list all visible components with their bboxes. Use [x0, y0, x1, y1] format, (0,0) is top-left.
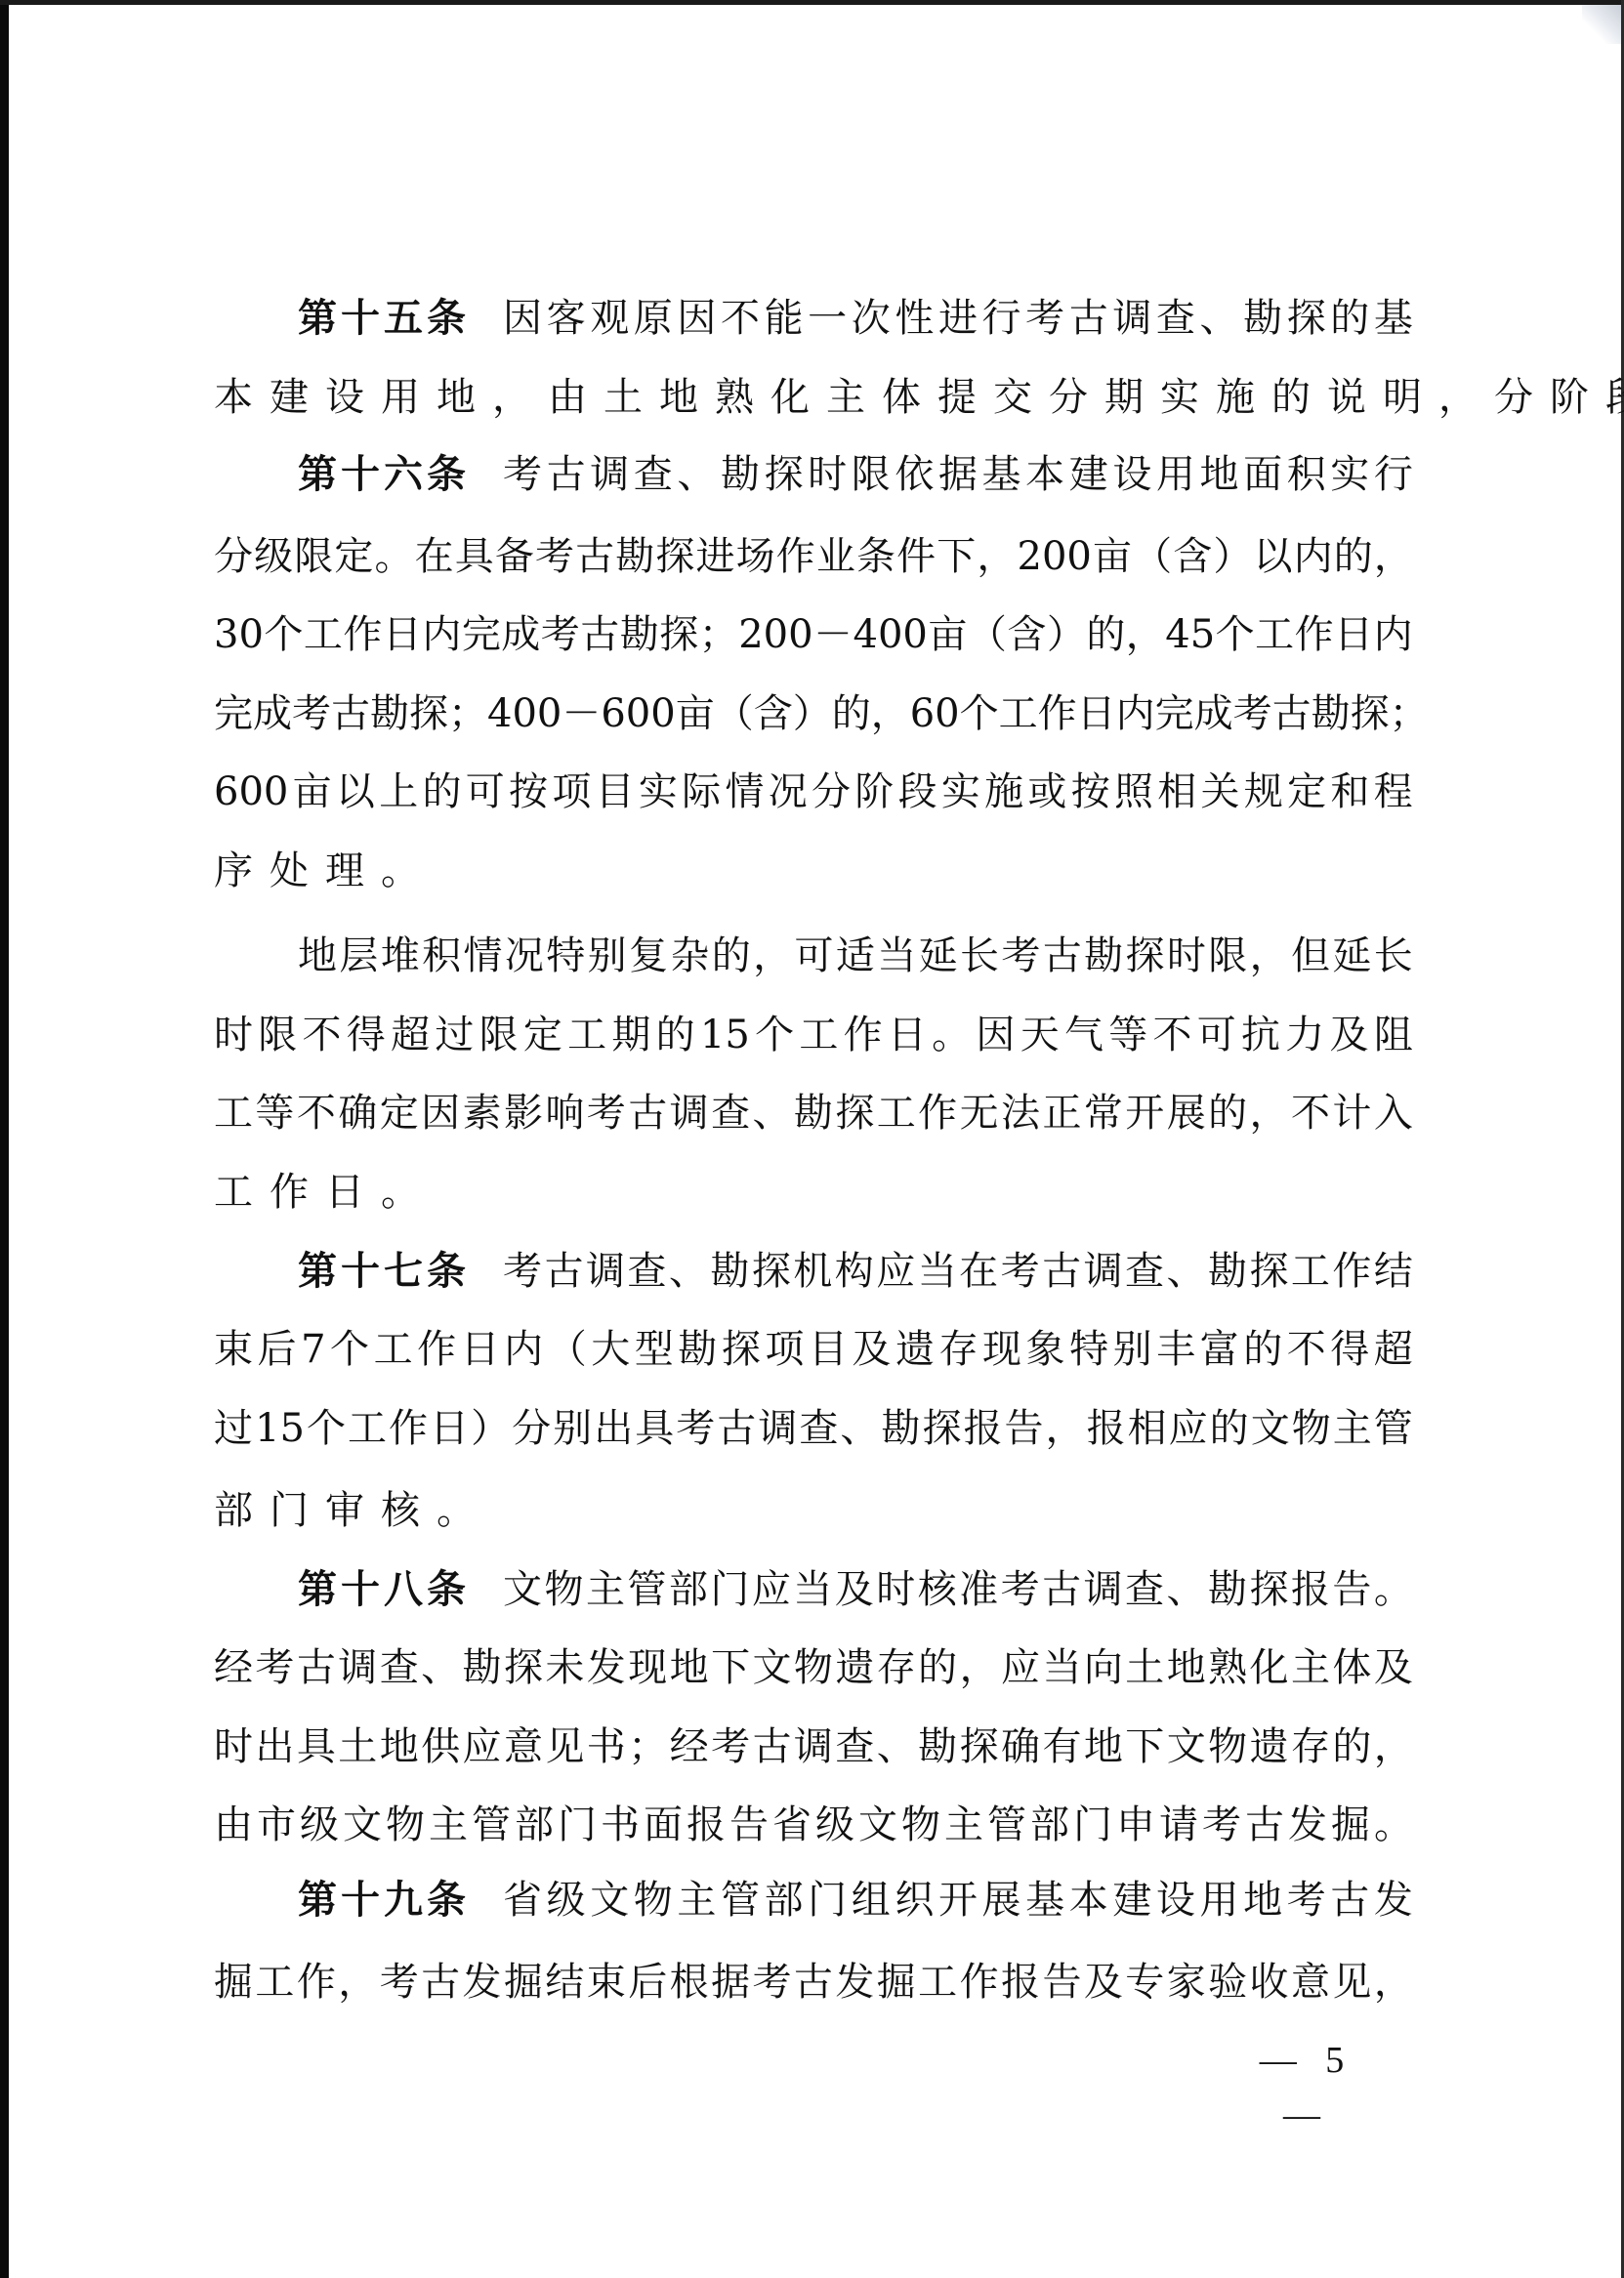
article-title: 第十五条: [298, 289, 470, 348]
line-text: 工作日。: [214, 1163, 1413, 1222]
line-text: 本建设用地，由土地熟化主体提交分期实施的说明，分阶段推进。: [214, 368, 1624, 427]
text-line: 30个工作日内完成考古勘探；200－400亩（含）的，45个工作日内: [214, 605, 1413, 664]
line-text: 因客观原因不能一次性进行考古调查、勘探的基: [503, 289, 1413, 348]
text-line: 部门审核。: [214, 1481, 1413, 1540]
scan-border-top: [0, 0, 1624, 5]
line-text: 掘工作，考古发掘结束后根据考古发掘工作报告及专家验收意见，: [214, 1953, 1413, 2011]
line-text: 地层堆积情况特别复杂的，可适当延长考古勘探时限，但延长: [298, 927, 1413, 985]
text-line: 时限不得超过限定工期的15个工作日。因天气等不可抗力及阻: [214, 1006, 1413, 1064]
text-line: 工等不确定因素影响考古调查、勘探工作无法正常开展的，不计入: [214, 1084, 1413, 1142]
line-text: 时出具土地供应意见书；经考古调查、勘探确有地下文物遗存的，: [214, 1718, 1413, 1776]
article-heading-line: 第十六条考古调查、勘探时限依据基本建设用地面积实行: [298, 445, 1413, 504]
text-line: 地层堆积情况特别复杂的，可适当延长考古勘探时限，但延长: [298, 927, 1413, 985]
line-text: 经考古调查、勘探未发现地下文物遗存的，应当向土地熟化主体及: [214, 1638, 1413, 1697]
text-line: 600亩以上的可按项目实际情况分阶段实施或按照相关规定和程: [214, 763, 1413, 821]
article-title: 第十六条: [298, 445, 470, 504]
text-line: 掘工作，考古发掘结束后根据考古发掘工作报告及专家验收意见，: [214, 1953, 1413, 2011]
line-text: 考古调查、勘探机构应当在考古调查、勘探工作结: [503, 1242, 1413, 1301]
line-text: 600亩以上的可按项目实际情况分阶段实施或按照相关规定和程: [214, 763, 1413, 821]
article-heading-line: 第十八条文物主管部门应当及时核准考古调查、勘探报告。: [298, 1560, 1413, 1619]
text-line: 经考古调查、勘探未发现地下文物遗存的，应当向土地熟化主体及: [214, 1638, 1413, 1697]
text-line: 过15个工作日）分别出具考古调查、勘探报告，报相应的文物主管: [214, 1399, 1413, 1458]
text-line: 序处理。: [214, 842, 1413, 900]
page-corner-curl: [1582, 5, 1621, 44]
line-text: 考古调查、勘探时限依据基本建设用地面积实行: [503, 445, 1413, 504]
article-heading-line: 第十九条省级文物主管部门组织开展基本建设用地考古发: [298, 1871, 1413, 1929]
line-text: 工等不确定因素影响考古调查、勘探工作无法正常开展的，不计入: [214, 1084, 1413, 1142]
line-text: 30个工作日内完成考古勘探；200－400亩（含）的，45个工作日内: [214, 605, 1413, 664]
text-line: 时出具土地供应意见书；经考古调查、勘探确有地下文物遗存的，: [214, 1718, 1413, 1776]
line-text: 时限不得超过限定工期的15个工作日。因天气等不可抗力及阻: [214, 1006, 1413, 1064]
text-line: 工作日。: [214, 1163, 1413, 1222]
scan-border-left: [0, 0, 9, 2278]
line-text: 省级文物主管部门组织开展基本建设用地考古发: [503, 1871, 1413, 1929]
text-line: 本建设用地，由土地熟化主体提交分期实施的说明，分阶段推进。: [214, 368, 1413, 427]
article-title: 第十七条: [298, 1242, 470, 1301]
line-text: 分级限定。在具备考古勘探进场作业条件下，200亩（含）以内的，: [214, 527, 1413, 586]
line-text: 序处理。: [214, 842, 1413, 900]
text-line: 由市级文物主管部门书面报告省级文物主管部门申请考古发掘。: [214, 1796, 1413, 1854]
line-text: 束后7个工作日内（大型勘探项目及遗存现象特别丰富的不得超: [214, 1320, 1413, 1379]
article-title: 第十九条: [298, 1871, 470, 1929]
page-number: — 5 —: [1228, 2033, 1385, 2088]
line-text: 由市级文物主管部门书面报告省级文物主管部门申请考古发掘。: [214, 1796, 1413, 1854]
article-heading-line: 第十七条考古调查、勘探机构应当在考古调查、勘探工作结: [298, 1242, 1413, 1301]
line-text: 部门审核。: [214, 1481, 1413, 1540]
line-text: 文物主管部门应当及时核准考古调查、勘探报告。: [503, 1560, 1413, 1619]
text-line: 分级限定。在具备考古勘探进场作业条件下，200亩（含）以内的，: [214, 527, 1413, 586]
article-heading-line: 第十五条因客观原因不能一次性进行考古调查、勘探的基: [298, 289, 1413, 348]
text-line: 束后7个工作日内（大型勘探项目及遗存现象特别丰富的不得超: [214, 1320, 1413, 1379]
text-line: 完成考古勘探；400－600亩（含）的，60个工作日内完成考古勘探；: [214, 684, 1413, 743]
article-title: 第十八条: [298, 1560, 470, 1619]
line-text: 过15个工作日）分别出具考古调查、勘探报告，报相应的文物主管: [214, 1399, 1413, 1458]
line-text: 完成考古勘探；400－600亩（含）的，60个工作日内完成考古勘探；: [214, 684, 1429, 743]
